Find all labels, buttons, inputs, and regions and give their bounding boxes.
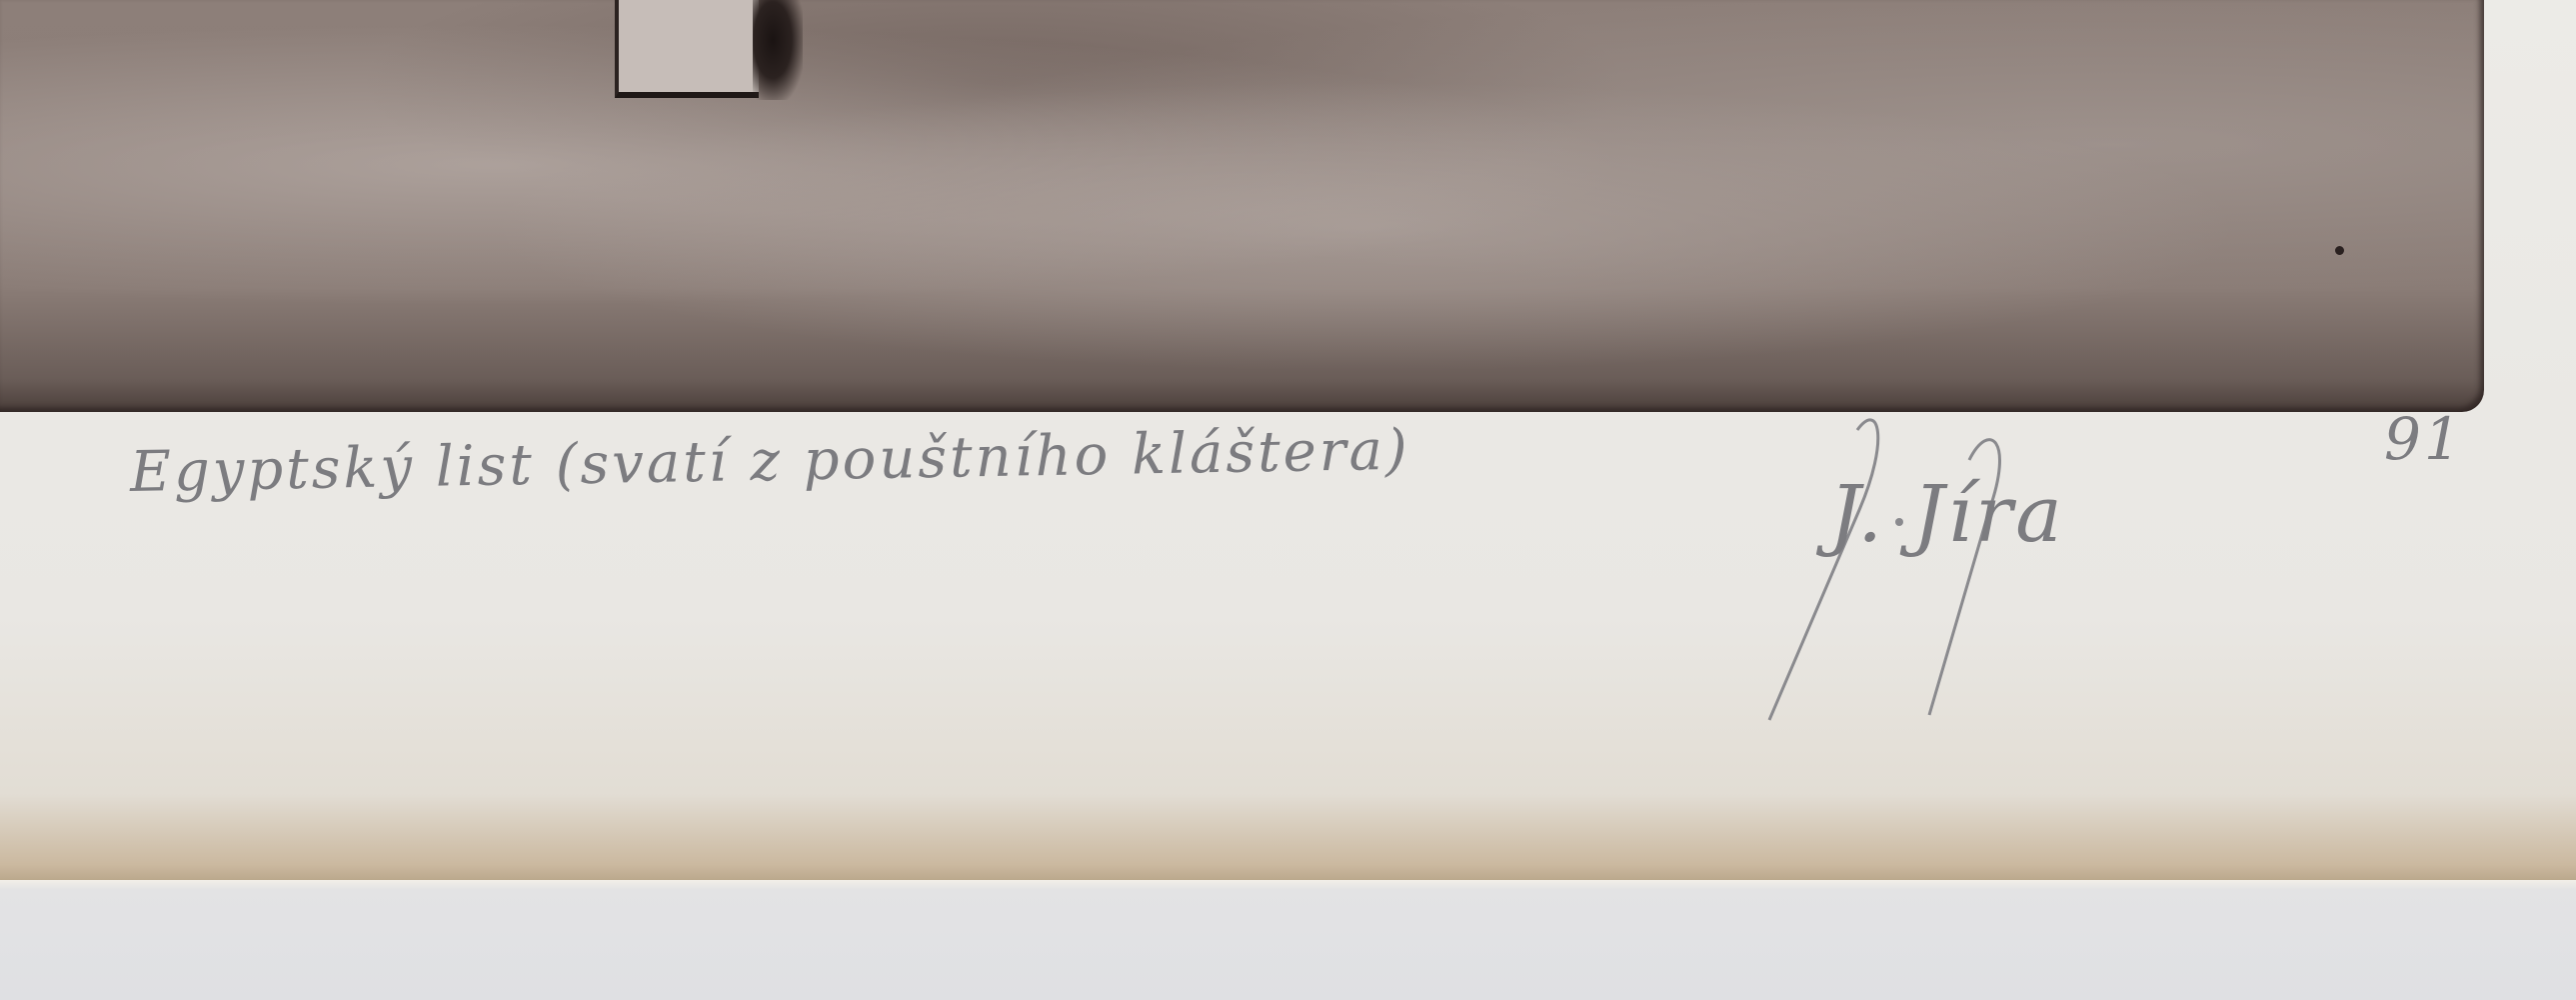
etched-box-shape (615, 0, 759, 98)
etched-box-motif (605, 0, 820, 105)
plate-speck (2335, 246, 2344, 255)
year-inscription: 91 (2384, 405, 2464, 473)
etched-dark-shading (753, 0, 803, 100)
etched-plate-area (0, 0, 2484, 412)
mount-board (0, 880, 2576, 1000)
pencil-title-inscription: Egyptský list (svatí z pouštního klášter… (129, 418, 1410, 505)
paper-sheet: Egyptský list (svatí z pouštního klášter… (0, 0, 2576, 882)
signature-strokes (1739, 400, 2259, 740)
artist-signature: J. Jíra (1829, 470, 2065, 560)
